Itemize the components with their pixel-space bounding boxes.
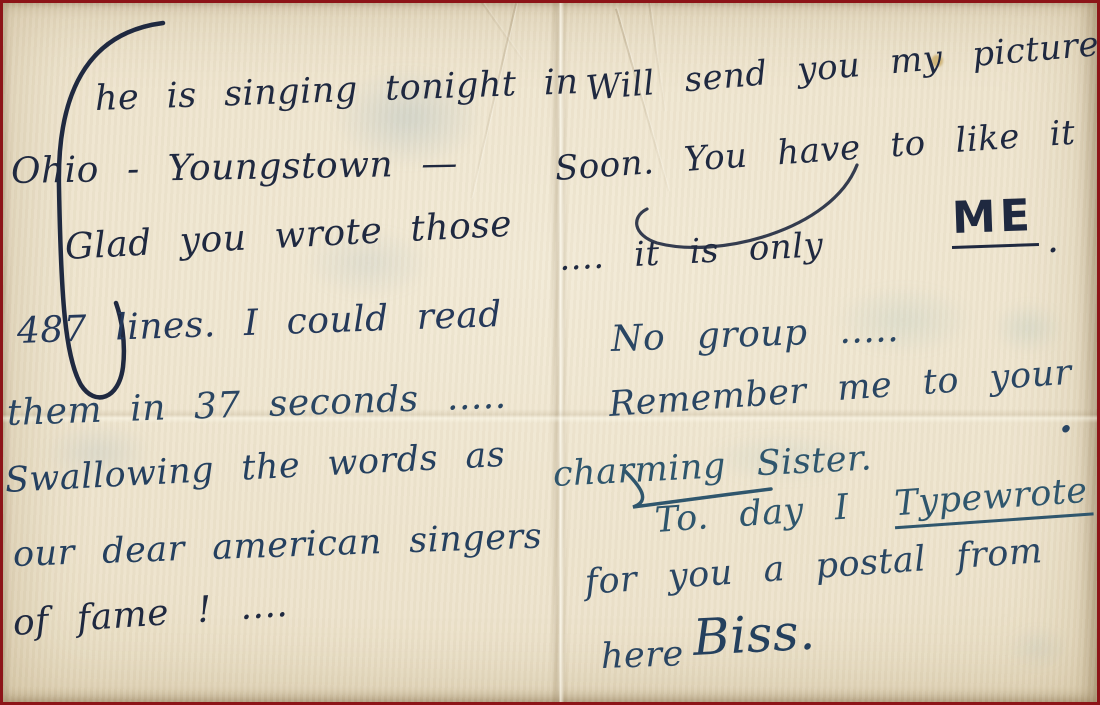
letter-line: charming Sister. <box>552 438 873 495</box>
underlined-typewrote-text: Typewrote <box>892 471 1093 530</box>
letter-line: No group ..... <box>610 309 899 360</box>
handwritten-text: .... it is only <box>558 225 824 279</box>
handwritten-text: our dear american singers <box>12 517 542 575</box>
handwritten-text: for you a postal from <box>584 531 1044 603</box>
signature: Biss. <box>691 603 816 667</box>
letter-line-me: ME <box>950 190 1039 244</box>
handwritten-text: charming Sister. <box>552 438 873 495</box>
letter-line: Ohio - Youngstown — <box>11 143 458 192</box>
letter-photo-frame: he is singing tonight in Ohio - Youngsto… <box>0 0 1100 705</box>
signature-text: Biss. <box>691 603 816 667</box>
handwritten-text: Swallowing the words as <box>4 435 506 501</box>
letter-line: our dear american singers <box>12 517 542 575</box>
underlined-me-text: ME <box>950 190 1039 249</box>
letter-line: for you a postal from <box>584 531 1044 603</box>
handwritten-text: . <box>1059 395 1073 442</box>
letter-sheet: he is singing tonight in Ohio - Youngsto… <box>3 3 1097 702</box>
letter-line: Will send you my picture <box>584 24 1097 109</box>
handwritten-text: Will send you my picture <box>584 24 1097 109</box>
handwritten-text: of fame ! .... <box>12 584 290 644</box>
letter-line: here <box>600 634 684 677</box>
handwritten-text: . <box>1047 217 1060 261</box>
handwritten-text: No group ..... <box>610 309 899 360</box>
ink-showthrough-stain <box>993 303 1063 353</box>
me-period: . <box>1047 217 1060 261</box>
letter-line: of fame ! .... <box>12 584 290 644</box>
letter-line: .... it is only <box>558 225 824 279</box>
letter-line: Swallowing the words as <box>4 435 506 501</box>
center-fold-crease <box>550 3 568 702</box>
trailing-period: . <box>1059 395 1073 442</box>
handwritten-text: Ohio - Youngstown — <box>11 143 458 192</box>
ink-showthrough-stain <box>1008 628 1068 668</box>
handwritten-text: here <box>600 634 684 677</box>
